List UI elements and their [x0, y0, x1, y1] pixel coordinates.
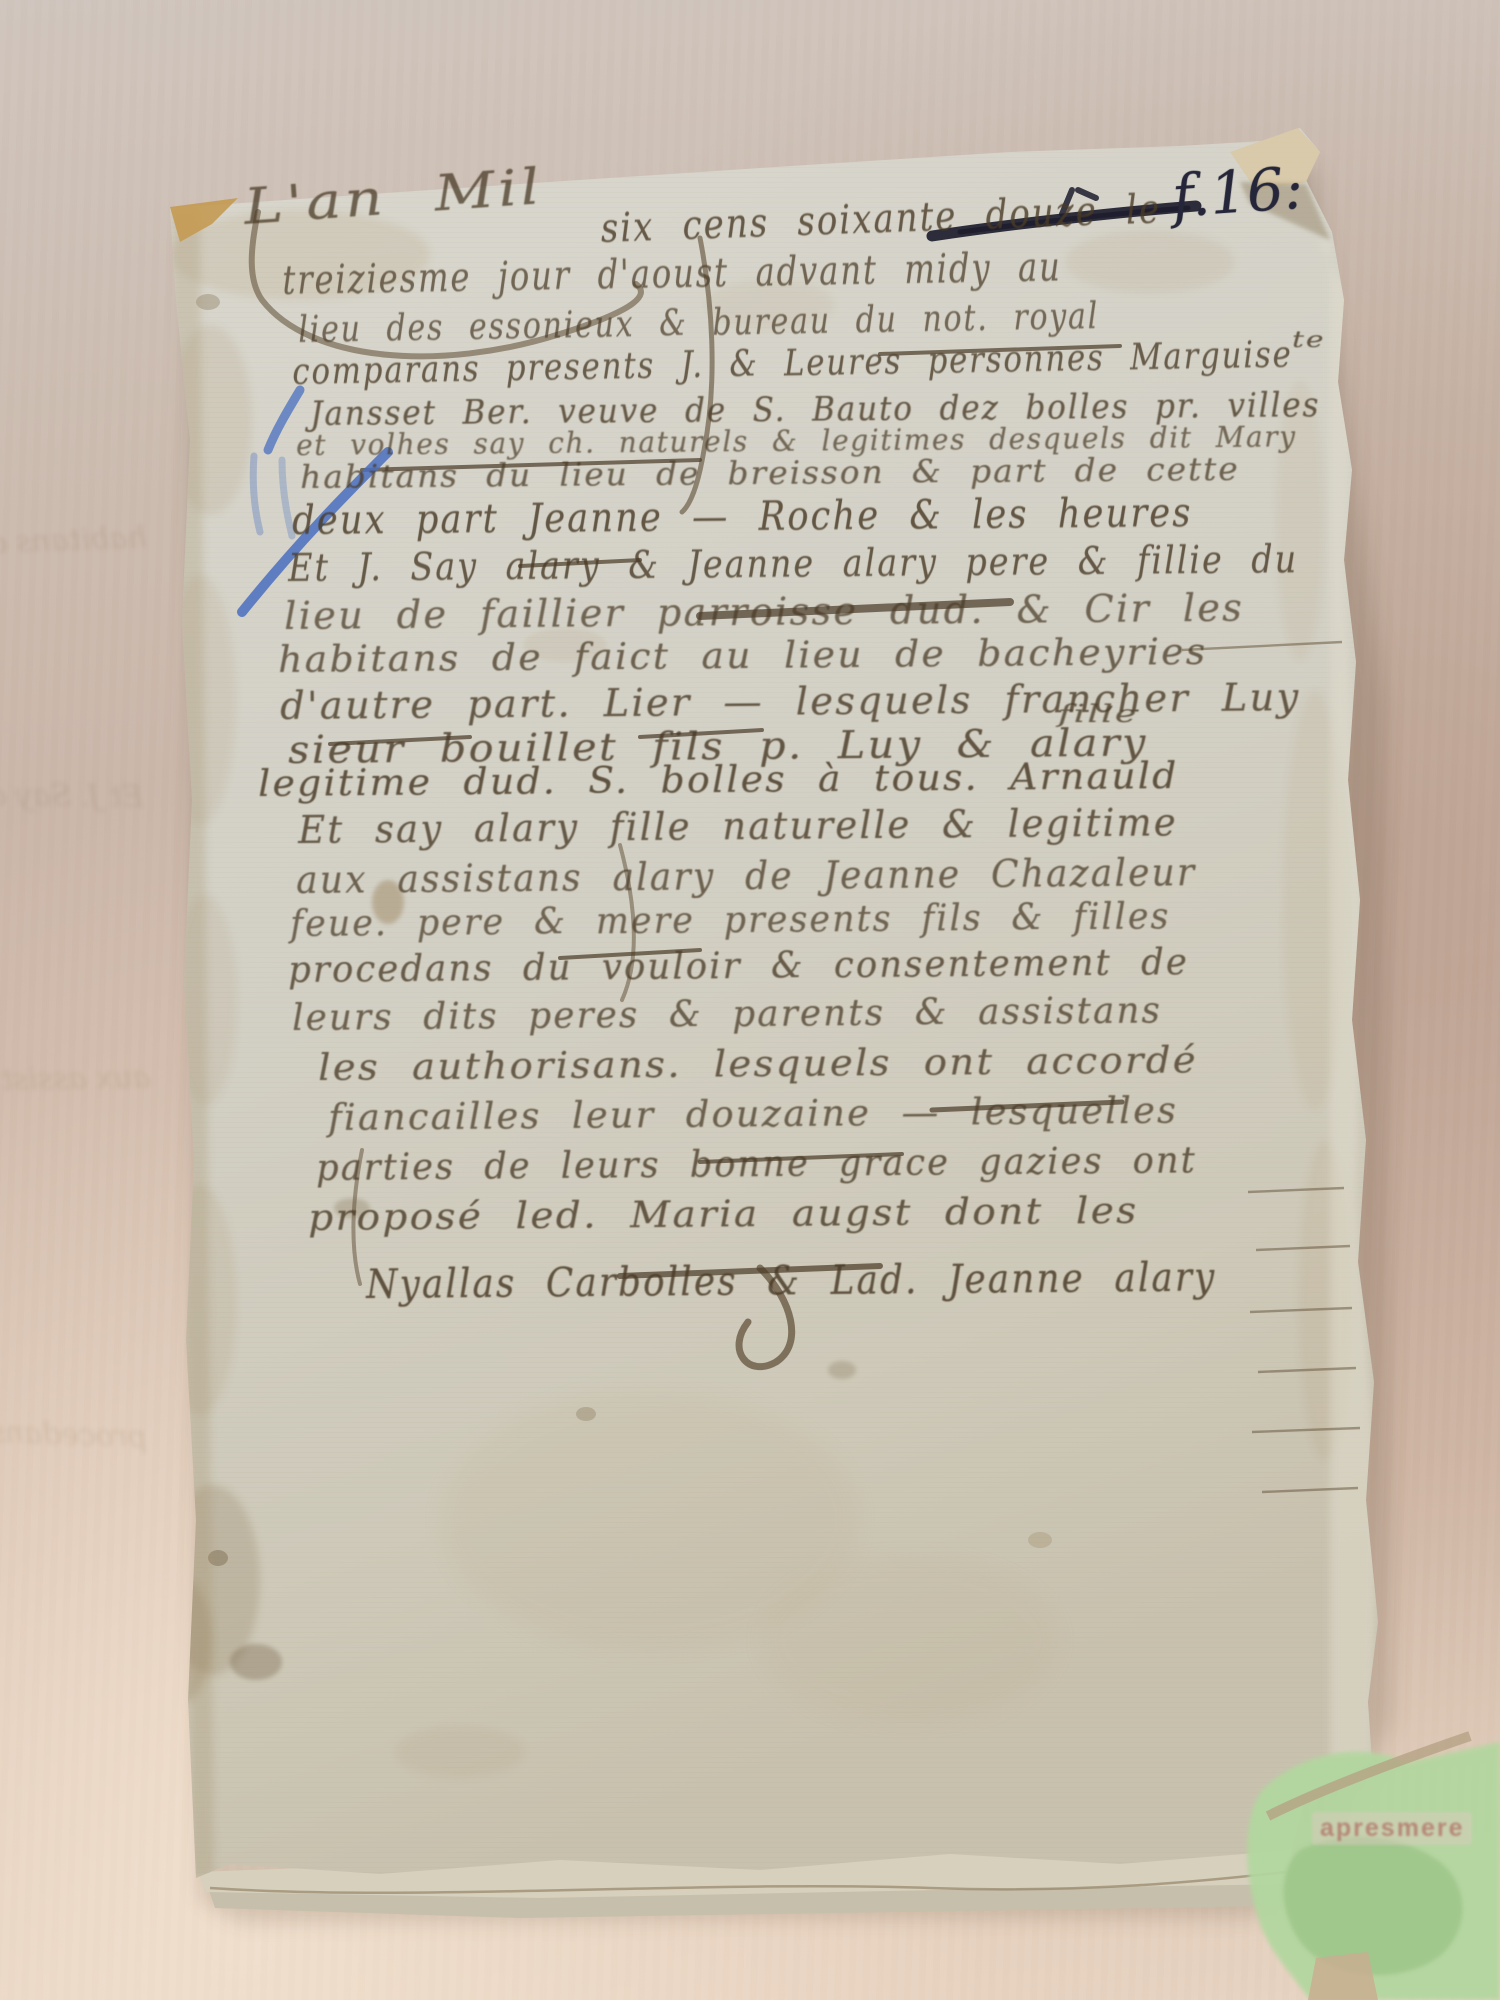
manuscript-line: les authorisans. lesquels ont accordé [318, 1040, 1198, 1089]
manuscript-line: Et J. Say alary & Jeanne alary pere & fi… [288, 537, 1298, 590]
manuscript-line: parties de leurs bonne grace gazies ont [316, 1140, 1197, 1189]
ink-bleedthrough: procedans du vouloir & consentement de [0, 1415, 148, 1455]
manuscript-line: legitime dud. S. bolles à tous. Arnauld [258, 756, 1179, 805]
manuscript-line: Et say alary fille naturelle & legitime [298, 800, 1178, 852]
watermark-leaf [1247, 1736, 1500, 2000]
manuscript-line: procedans du vouloir & consentement de [288, 942, 1189, 991]
ink-bleedthrough: habitans du lieu de breisson & part de c… [0, 520, 147, 560]
folio-mark: f.16: [1170, 154, 1306, 231]
manuscript-line: proposé led. Maria augst dont les [308, 1191, 1139, 1239]
manuscript-line: Nyallas Carbolles & Lad. Jeanne alary [366, 1255, 1217, 1308]
manuscript-line: fiancailles leur douzaine — lesquelles [328, 1091, 1178, 1139]
watermark-text: apresmere [1312, 1812, 1472, 1845]
ink-bleedthrough: aux assistans alary de Jeanne Chazaleur [0, 1060, 151, 1098]
manuscript-line: habitans de faict au lieu de bacheyries [278, 632, 1208, 681]
manuscript-line: te [1292, 328, 1325, 353]
ink-bleedthrough: Et J. Say alary & Jeanne alary pere & fi… [0, 777, 144, 815]
manuscript-line: leurs dits peres & parents & assistans [292, 990, 1162, 1039]
manuscript-line: fille [1058, 700, 1138, 728]
manuscript-line: lieu de faillier parroisse dud. & Cir le… [284, 586, 1244, 638]
manuscript-line: feue. pere & mere presents fils & filles [290, 896, 1171, 945]
photo-of-manuscript: L'an Milsix cens soixante douze letreizi… [0, 0, 1500, 2000]
manuscript-line: deux part Jeanne — Roche & les heures [292, 490, 1193, 544]
manuscript-line: aux assistans alary de Jeanne Chazaleur [296, 850, 1196, 902]
